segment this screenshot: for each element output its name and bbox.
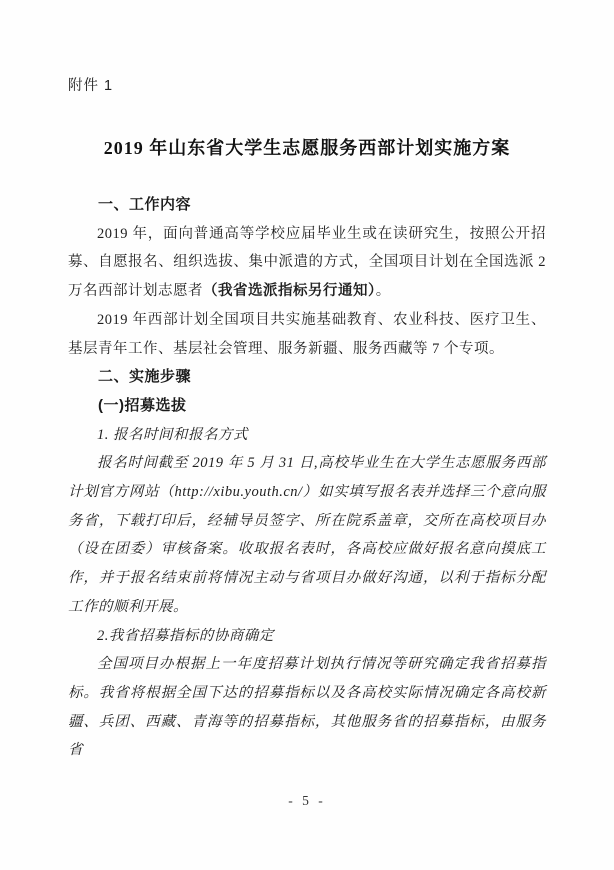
paragraph-quota-details: 全国项目办根据上一年度招募计划执行情况等研究确定我省招募指标。我省将根据全国下达… xyxy=(68,650,546,765)
attachment-label: 附件 1 xyxy=(68,74,113,95)
section-heading-work-content: 一、工作内容 xyxy=(68,191,546,220)
item-heading-registration-time-method: 1. 报名时间和报名方式 xyxy=(68,421,546,450)
subsection-heading-recruitment-selection: (一)招募选拔 xyxy=(68,392,546,421)
paragraph-registration-details: 报名时间截至 2019 年 5 月 31 日,高校毕业生在大学生志愿服务西部计划… xyxy=(68,449,546,621)
paragraph-recruit-overview-bold-note: （我省选派指标另行通知） xyxy=(203,283,376,299)
paragraph-recruit-overview: 2019 年，面向普通高等学校应届毕业生或在读研究生，按照公开招募、自愿报名、组… xyxy=(68,220,546,306)
document-body: 一、工作内容 2019 年，面向普通高等学校应届毕业生或在读研究生，按照公开招募… xyxy=(68,191,546,765)
item-heading-quota-negotiation: 2.我省招募指标的协商确定 xyxy=(68,622,546,651)
document-page: 附件 1 2019 年山东省大学生志愿服务西部计划实施方案 一、工作内容 201… xyxy=(0,0,614,870)
paragraph-special-projects: 2019 年西部计划全国项目共实施基础教育、农业科技、医疗卫生、基层青年工作、基… xyxy=(68,306,546,363)
document-title: 2019 年山东省大学生志愿服务西部计划实施方案 xyxy=(0,134,614,160)
paragraph-recruit-overview-period: 。 xyxy=(376,283,391,299)
page-number: - 5 - xyxy=(0,793,614,809)
section-heading-implementation-steps: 二、实施步骤 xyxy=(68,363,546,392)
